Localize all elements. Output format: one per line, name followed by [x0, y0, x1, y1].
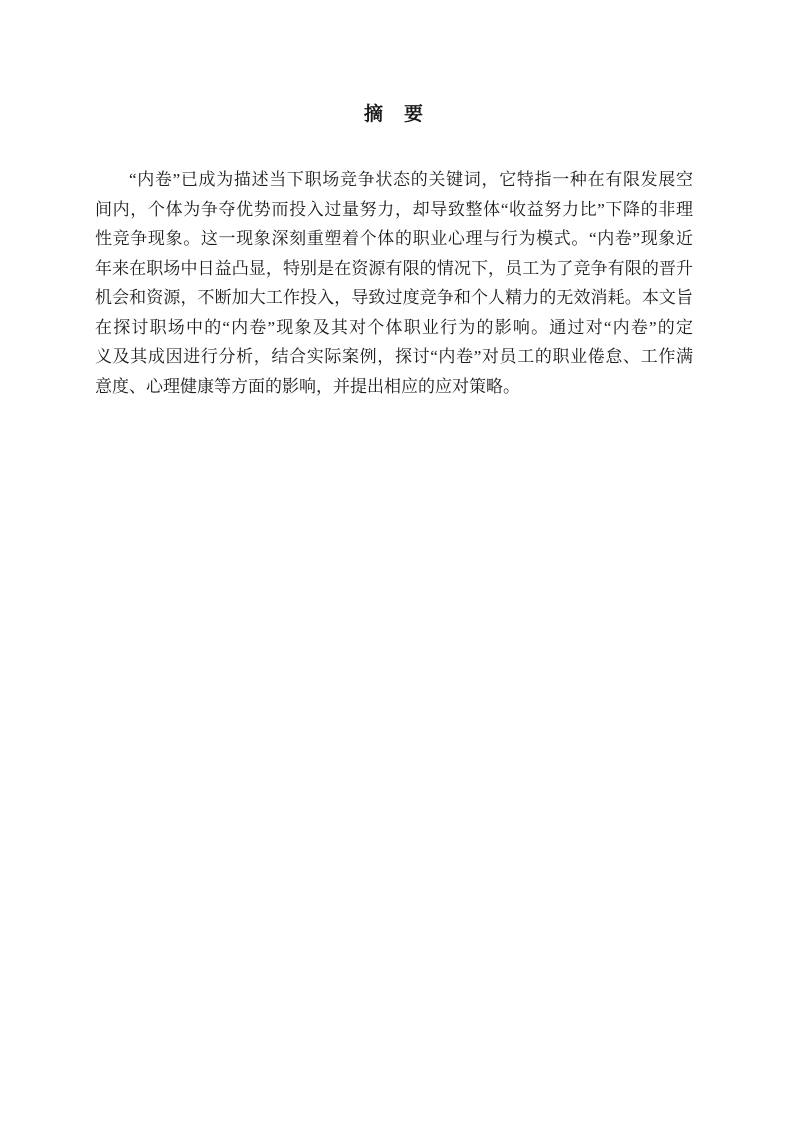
document-page: 摘 要 “内卷”已成为描述当下职场竞争状态的关键词，它特指一种在有限发展空 间内…	[0, 0, 793, 1122]
abstract-line: 机会和资源，不断加大工作投入，导致过度竞争和个人精力的无效消耗。本文旨	[95, 283, 693, 313]
abstract-line: 义及其成因进行分析，结合实际案例，探讨“内卷”对员工的职业倦怠、工作满	[95, 342, 693, 372]
page-content: 摘 要 “内卷”已成为描述当下职场竞争状态的关键词，它特指一种在有限发展空 间内…	[0, 0, 793, 401]
abstract-line: “内卷”已成为描述当下职场竞争状态的关键词，它特指一种在有限发展空	[95, 165, 693, 195]
abstract-line: 间内，个体为争夺优势而投入过量努力，却导致整体“收益努力比”下降的非理	[95, 195, 693, 225]
abstract-line: 年来在职场中日益凸显，特别是在资源有限的情况下，员工为了竞争有限的晋升	[95, 254, 693, 284]
abstract-paragraph: “内卷”已成为描述当下职场竞争状态的关键词，它特指一种在有限发展空 间内，个体为…	[95, 165, 693, 401]
page-title: 摘 要	[95, 0, 693, 128]
abstract-line: 在探讨职场中的“内卷”现象及其对个体职业行为的影响。通过对“内卷”的定	[95, 313, 693, 343]
abstract-line: 意度、心理健康等方面的影响，并提出相应的应对策略。	[95, 372, 693, 402]
abstract-line: 性竞争现象。这一现象深刻重塑着个体的职业心理与行为模式。“内卷”现象近	[95, 224, 693, 254]
